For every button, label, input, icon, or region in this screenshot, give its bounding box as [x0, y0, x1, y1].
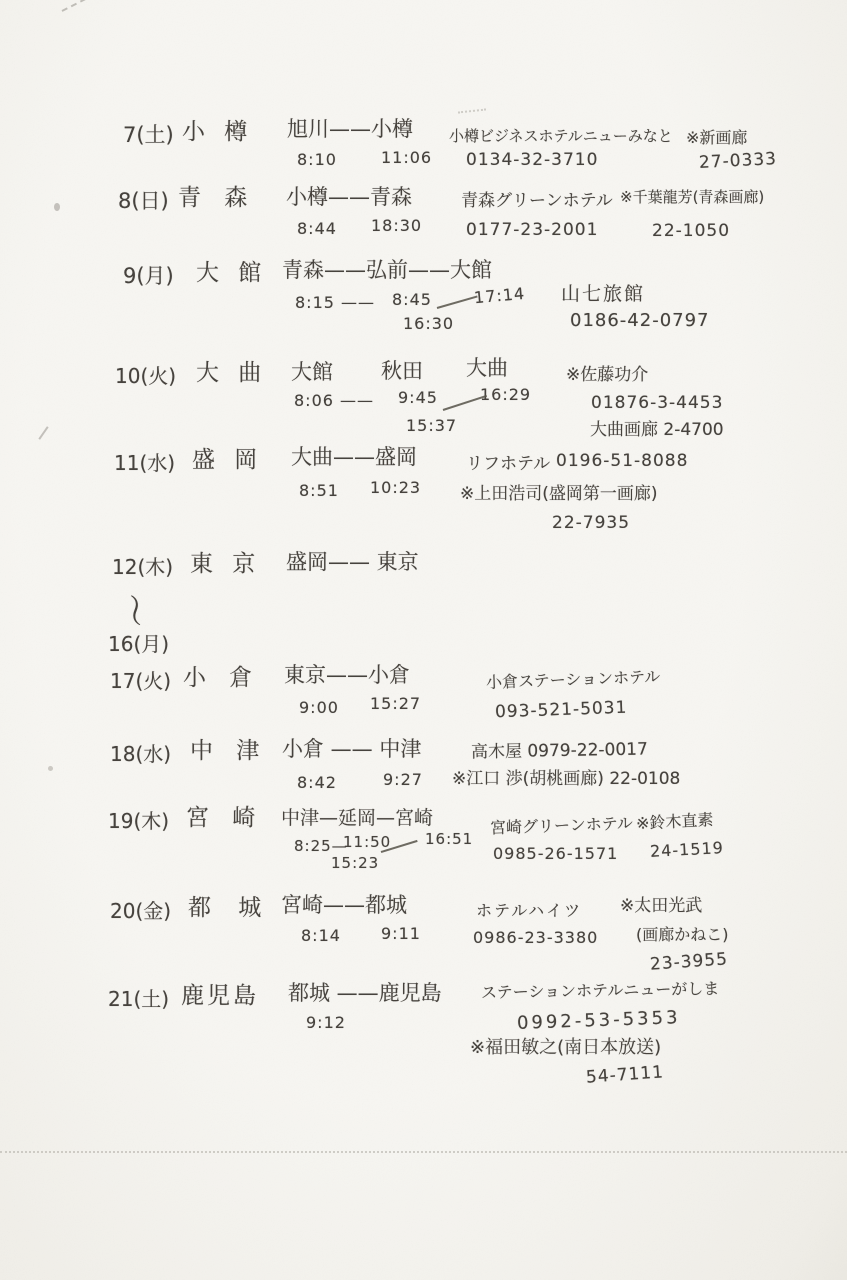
- entry-date: 12(木): [112, 556, 173, 578]
- arrival-time: 18:30: [371, 217, 422, 235]
- entry-city: 鹿児島: [181, 984, 259, 1009]
- contact-note: ※千葉龍芳(青森画廊): [620, 189, 764, 206]
- route: 都城 ——鹿児島: [288, 982, 442, 1005]
- arrival-time: 16:29: [480, 386, 531, 404]
- entry-city: 大 曲: [196, 361, 267, 386]
- range-squiggle-mark: 〜: [112, 591, 155, 631]
- connector-line: [437, 295, 478, 308]
- route: 大曲——盛岡: [291, 446, 417, 469]
- hotel-name: 山七旅館: [561, 284, 645, 305]
- hotel-name: 小樽ビジネスホテルニューみなと: [449, 128, 673, 145]
- contact-note: ※新画廊: [686, 129, 747, 147]
- arrival-time: 9:11: [381, 925, 421, 943]
- entry-date: 7(土): [123, 124, 174, 147]
- route: 小倉 —— 中津: [282, 738, 421, 761]
- arrival-time: 10:23: [370, 479, 421, 497]
- entry-city: 盛 岡: [192, 448, 263, 473]
- entry-date: 19(木): [108, 810, 169, 832]
- route: 宮崎——都城: [281, 894, 407, 917]
- departure-time: 8:10: [297, 151, 337, 169]
- hotel-phone: 0985-26-1571: [493, 845, 618, 863]
- hotel-phone: 0986-23-3380: [473, 929, 598, 947]
- gallery-phone: 大曲画廊 2-4700: [590, 421, 724, 440]
- entry-city: 青 森: [178, 186, 255, 211]
- entry-date: 18(水): [110, 743, 171, 765]
- departure-time-2: 16:30: [403, 315, 454, 333]
- entry-city: 大 館: [196, 261, 267, 286]
- departure-time: 8:51: [299, 482, 339, 500]
- departure-time: 8:42: [297, 774, 337, 792]
- entry-city: 都 城: [188, 896, 271, 921]
- intermediate-time: 11:50: [343, 834, 391, 851]
- departure-time: 9:12: [306, 1014, 346, 1032]
- contact-phone: 01876-3-4453: [591, 394, 723, 413]
- contact-note: ※鈴木直素: [636, 811, 714, 833]
- hotel-phone: 0992-53-5353: [517, 1008, 681, 1033]
- hotel-phone: 0134-32-3710: [466, 151, 598, 170]
- scan-smudge-topleft: [62, 0, 132, 12]
- contact-note: ※太田光武: [620, 897, 702, 916]
- route: 中津—延岡—宮崎: [281, 808, 433, 829]
- scanned-itinerary-page: 7(土) 小 樽 旭川——小樽 8:10 11:06 小樽ビジネスホテルニューみ…: [0, 0, 847, 1280]
- hotel-name: 宮崎グリーンホテル: [490, 815, 633, 838]
- contact-note: ※佐藤功介: [566, 366, 648, 385]
- hotel-name: リフホテル: [466, 455, 550, 474]
- departure-time: 9:00: [299, 699, 339, 717]
- hotel-phone: 0177-23-2001: [466, 221, 598, 240]
- arrival-time: 17:14: [473, 285, 525, 307]
- entry-date: 16(月): [108, 633, 169, 655]
- route: 旭川——小樽: [287, 118, 413, 141]
- route: 小樽——青森: [286, 186, 412, 209]
- scan-smudge: [458, 109, 486, 114]
- departure-time: 8:06 ——: [294, 392, 374, 410]
- route: 東京——小倉: [284, 664, 410, 687]
- paper-fold-line: [0, 1151, 847, 1153]
- departure-time: 8:15 ——: [295, 294, 375, 312]
- entry-city: 小 樽: [182, 120, 253, 145]
- scan-speck: [48, 766, 53, 771]
- entry-city: 中 津: [190, 739, 267, 764]
- arrival-time: 9:27: [383, 771, 423, 789]
- hotel-name: 青森グリーンホテル: [461, 192, 613, 211]
- intermediate-time: 8:45: [392, 291, 432, 309]
- entry-date: 20(金): [110, 900, 171, 922]
- entry-date: 9(月): [123, 265, 174, 288]
- contact-note: ※上田浩司(盛岡第一画廊): [460, 485, 658, 504]
- contact-phone: 22-1050: [652, 222, 730, 241]
- scan-speck: [54, 203, 60, 211]
- entry-date: 21(土): [108, 988, 169, 1010]
- departure-time: 8:14: [301, 927, 341, 945]
- hotel-name: ステーションホテルニューがしま: [481, 980, 720, 1002]
- scan-slash-mark: [38, 426, 48, 439]
- entry-city: 小 倉: [183, 666, 260, 691]
- contact-phone: 54-7111: [585, 1063, 664, 1087]
- arrival-time: 16:51: [425, 831, 473, 848]
- contact-phone: 27-0333: [699, 150, 778, 173]
- departure-time: 8:44: [297, 220, 337, 238]
- route-station: 大館: [291, 361, 333, 384]
- hotel-name: 高木屋 0979-22-0017: [471, 740, 648, 762]
- route: 盛岡—— 東京: [286, 551, 419, 574]
- entry-date: 10(火): [115, 365, 176, 387]
- hotel-phone: 093-521-5031: [495, 699, 628, 722]
- contact-phone: 23-3955: [649, 950, 728, 974]
- entry-date: 8(日): [118, 190, 169, 213]
- entry-date: 11(水): [114, 452, 175, 474]
- contact-phone: 24-1519: [650, 839, 725, 860]
- gallery-name: (画廊かねこ): [636, 926, 729, 944]
- departure-time-2: 15:23: [331, 855, 379, 872]
- departure-time: 8:25—: [294, 838, 348, 855]
- arrival-time: 15:27: [370, 695, 421, 713]
- hotel-phone: 0186-42-0797: [570, 311, 710, 331]
- contact-phone: 22-7935: [552, 514, 630, 533]
- hotel-phone: 0196-51-8088: [556, 452, 688, 471]
- intermediate-time: 9:45: [398, 389, 438, 407]
- contact-note: ※江口 渉(胡桃画廊) 22-0108: [452, 770, 680, 789]
- entry-city: 宮 崎: [186, 806, 263, 831]
- departure-time-2: 15:37: [406, 417, 457, 435]
- arrival-time: 11:06: [381, 149, 432, 167]
- route: 青森——弘前——大館: [282, 259, 492, 282]
- entry-date: 17(火): [110, 670, 171, 692]
- hotel-name: 小倉ステーションホテル: [486, 668, 661, 692]
- route-station: 秋田: [381, 360, 423, 383]
- contact-note: ※福田敏之(南日本放送): [470, 1038, 661, 1058]
- hotel-name: ホテルハイツ: [476, 902, 582, 920]
- entry-city: 東 京: [190, 552, 261, 577]
- route-station: 大曲: [466, 357, 508, 380]
